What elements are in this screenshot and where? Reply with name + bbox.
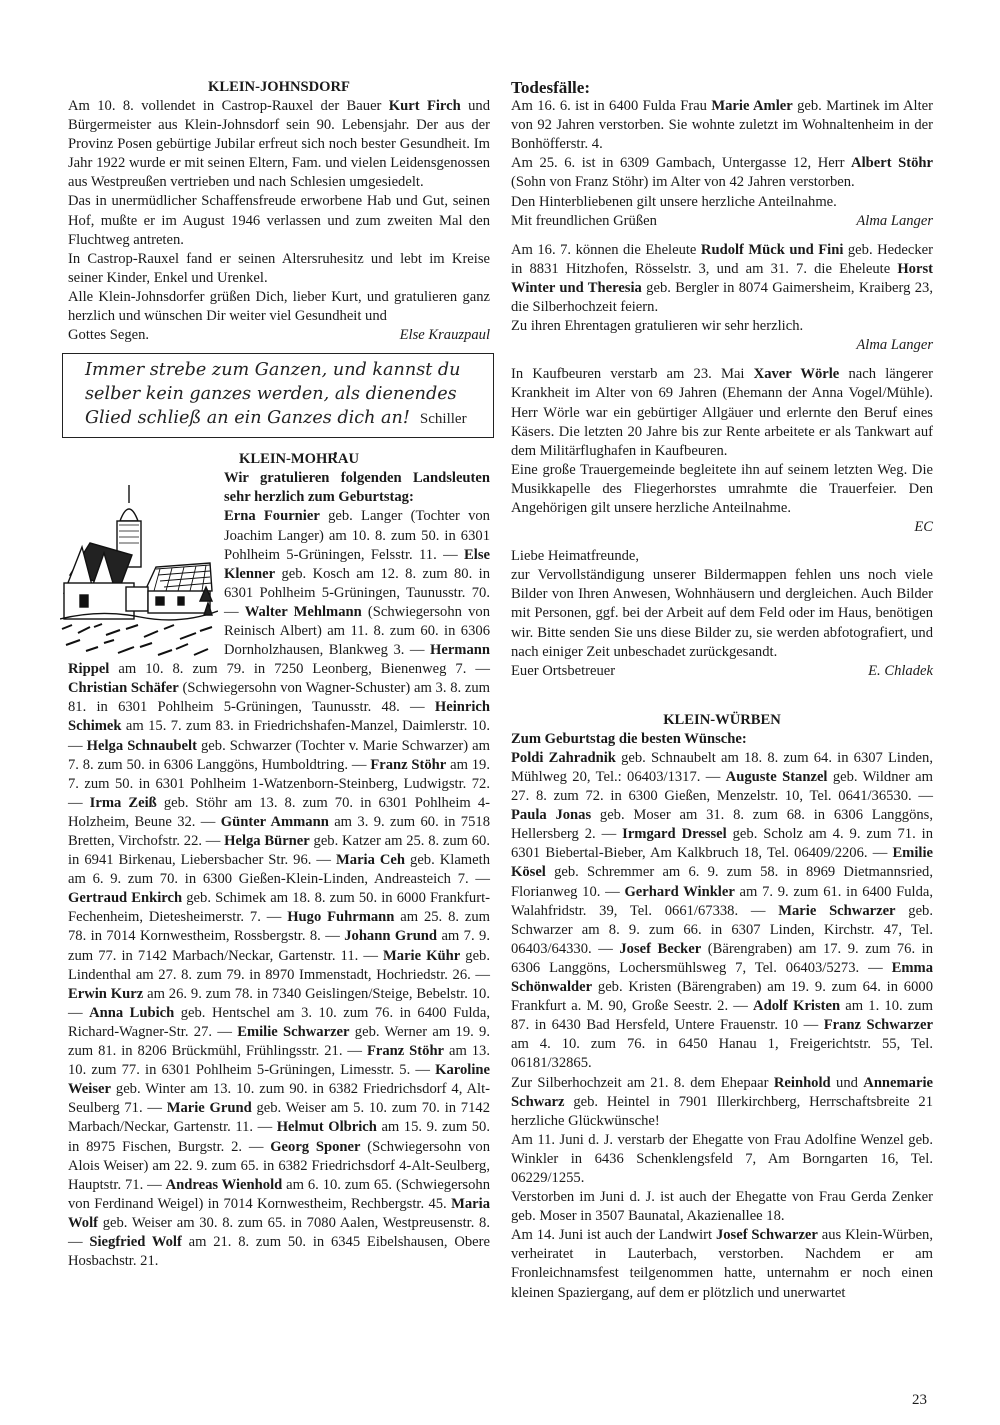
name-highlight: Josef Becker <box>619 941 701 957</box>
name-highlight: Helga Schnaubelt <box>87 738 197 754</box>
paragraph: Alle Klein-Johnsdorfer grüßen Dich, lieb… <box>68 288 490 326</box>
paragraph: Zu ihren Ehrentagen gratulieren wir sehr… <box>511 317 933 336</box>
paragraph: Verstorben im Juni d. J. ist auch der Eh… <box>511 1188 933 1226</box>
name-highlight: Irmgard Dressel <box>622 826 727 842</box>
paragraph: zur Vervollständigung unserer Bildermapp… <box>511 566 933 661</box>
quote-line: Glied schließ an ein Ganzes dich an! <box>85 408 410 428</box>
name-highlight: Irma Zeiß <box>90 795 157 811</box>
paragraph: Das in unermüdlicher Schaffensfreude erw… <box>68 192 490 249</box>
article-body: zur Vervollständigung unserer Bildermapp… <box>511 566 933 661</box>
signature-line: Mit freundlichen Grüßen Alma Langer <box>511 212 933 231</box>
spacer <box>511 681 933 711</box>
section-klein-johnsdorf: KLEIN-JOHNSDORF Am 10. 8. vollendet in C… <box>68 78 490 345</box>
text-run: geb. Heintel in 7901 Illerkirchberg, Her… <box>511 1094 933 1129</box>
name-highlight: Josef Schwarzer <box>716 1227 818 1243</box>
paragraph: Den Hinterbliebenen gilt unsere herzlich… <box>511 193 933 212</box>
name-highlight: Georg Sponer <box>270 1139 360 1155</box>
schiller-quote-box: Immer strebe zum Ganzen, und kannst du s… <box>62 353 494 438</box>
name-highlight: Kurt Firch <box>389 98 461 114</box>
name-highlight: Auguste Stanzel <box>726 769 828 785</box>
text-run: In Kaufbeuren verstarb am 23. Mai <box>511 366 754 382</box>
closing-text: Euer Ortsbetreuer <box>511 662 615 681</box>
name-highlight: Franz Stöhr <box>367 1043 444 1059</box>
name-highlight: Emilie Schwarzer <box>237 1024 349 1040</box>
name-highlight: Poldi Zahradnik <box>511 750 616 766</box>
right-column: Todesfälle: Am 16. 6. ist in 6400 Fulda … <box>511 78 933 1303</box>
section-heading: KLEIN-JOHNSDORF <box>68 78 490 97</box>
section-klein-mohrau: KLEIN-MOHRAU <box>68 450 490 1271</box>
paragraph: Am 10. 8. vollendet in Castrop-Rauxel de… <box>68 97 490 192</box>
quote-line: Immer strebe zum Ganzen, und kannst du <box>85 358 485 382</box>
text-run: In Castrop-Rauxel fand er seinen Altersr… <box>68 251 490 286</box>
text-run: (Sohn von Franz Stöhr) im Alter von 42 J… <box>511 174 855 190</box>
article-body: Am 16. 6. ist in 6400 Fulda Frau Marie A… <box>511 97 933 212</box>
text-run: am 4. 10. zum 76. in 6450 Hanau 1, Freig… <box>511 1036 933 1071</box>
name-highlight: Helga Bürner <box>224 833 310 849</box>
author-signature: Alma Langer <box>856 212 933 231</box>
name-highlight: Christian Schäfer <box>68 680 179 696</box>
page-number: 23 <box>912 1392 927 1409</box>
text-run: Verstorben im Juni d. J. ist auch der Eh… <box>511 1189 933 1224</box>
paragraph: Poldi Zahradnik geb. Schnaubelt am 18. 8… <box>511 749 933 1074</box>
name-highlight: Rudolf Mück und Fini <box>701 242 843 258</box>
name-highlight: Günter Ammann <box>221 814 329 830</box>
article-body: Am 10. 8. vollendet in Castrop-Rauxel de… <box>68 97 490 326</box>
article-body: In Kaufbeuren verstarb am 23. Mai Xaver … <box>511 365 933 518</box>
section-subheading: Zum Geburtstag die besten Wünsche: <box>511 730 933 749</box>
name-highlight: Xaver Wörle <box>754 366 840 382</box>
author-signature: Else Krauzpaul <box>400 326 490 345</box>
section-heading: KLEIN-WÜRBEN <box>511 711 933 730</box>
paragraph: In Castrop-Rauxel fand er seinen Altersr… <box>68 250 490 288</box>
name-highlight: Helmut Olbrich <box>277 1119 377 1135</box>
quote-line: selber kein ganzes werden, als dienendes <box>85 382 485 406</box>
name-highlight: Gerhard Winkler <box>624 884 734 900</box>
greeting: Liebe Heimatfreunde, <box>511 547 933 566</box>
section-heading: Todesfälle: <box>511 78 933 97</box>
name-highlight: Marie Kühr <box>383 948 460 964</box>
paragraph: Zur Silberhochzeit am 21. 8. dem Ehepaar… <box>511 1074 933 1131</box>
text-run: Am 10. 8. vollendet in Castrop-Rauxel de… <box>68 98 389 114</box>
name-highlight: Gertraud Enkirch <box>68 890 182 906</box>
name-highlight: Erna Fournier <box>224 508 320 524</box>
paragraph: In Kaufbeuren verstarb am 23. Mai Xaver … <box>511 365 933 460</box>
text-run: Den Hinterbliebenen gilt unsere herzlich… <box>511 194 837 210</box>
text-run: Das in unermüdlicher Schaffensfreude erw… <box>68 193 490 247</box>
name-highlight: Erwin Kurz <box>68 986 143 1002</box>
article-body: Am 16. 7. können die Eheleute Rudolf Müc… <box>511 241 933 336</box>
author-signature: EC <box>511 518 933 537</box>
name-highlight: Adolf Kristen <box>753 998 840 1014</box>
text-run: Am 14. Juni ist auch der Landwirt <box>511 1227 716 1243</box>
text-run: Am 16. 7. können die Eheleute <box>511 242 701 258</box>
spacer <box>511 537 933 547</box>
name-highlight: Maria Ceh <box>336 852 405 868</box>
quote-author: Schiller <box>420 411 467 427</box>
signature-line: Euer Ortsbetreuer E. Chladek <box>511 662 933 681</box>
signature-line: Gottes Segen. Else Krauzpaul <box>68 326 490 345</box>
paragraph: Am 16. 7. können die Eheleute Rudolf Müc… <box>511 241 933 317</box>
name-highlight: Marie Grund <box>167 1100 252 1116</box>
name-highlight: Hugo Fuhrmann <box>287 909 394 925</box>
name-highlight: Andreas Wienhold <box>166 1177 283 1193</box>
name-highlight: Reinhold <box>774 1075 831 1091</box>
paragraph: Am 16. 6. ist in 6400 Fulda Frau Marie A… <box>511 97 933 154</box>
name-highlight: Albert Stöhr <box>851 155 933 171</box>
text-run: Eine große Trauergemeinde begleitete ihn… <box>511 462 933 516</box>
paragraph: Am 11. Juni d. J. verstarb der Ehegatte … <box>511 1131 933 1188</box>
section-heading: KLEIN-MOHRAU <box>68 450 490 469</box>
left-column: KLEIN-JOHNSDORF Am 10. 8. vollendet in C… <box>68 78 490 1271</box>
section-obituary-woerle: In Kaufbeuren verstarb am 23. Mai Xaver … <box>511 365 933 537</box>
paragraph: Eine große Trauergemeinde begleitete ihn… <box>511 461 933 518</box>
section-silver-wedding: Am 16. 7. können die Eheleute Rudolf Müc… <box>511 241 933 356</box>
section-todesfaelle: Todesfälle: Am 16. 6. ist in 6400 Fulda … <box>511 78 933 231</box>
name-highlight: Franz Schwarzer <box>824 1017 933 1033</box>
closing-text: Gottes Segen. <box>68 326 149 345</box>
text-run: Am 16. 6. ist in 6400 Fulda Frau <box>511 98 711 114</box>
name-highlight: Johann Grund <box>344 928 437 944</box>
church-village-illustration <box>60 483 218 659</box>
text-run: Am 25. 6. ist in 6309 Gambach, Untergass… <box>511 155 851 171</box>
spacer <box>511 231 933 241</box>
quote-last-line: Glied schließ an ein Ganzes dich an!Schi… <box>85 406 485 431</box>
text-run: und <box>831 1075 864 1091</box>
section-photo-appeal: Liebe Heimatfreunde, zur Vervollständigu… <box>511 547 933 681</box>
text-run: Am 11. Juni d. J. verstarb der Ehegatte … <box>511 1132 933 1186</box>
name-highlight: Anna Lubich <box>89 1005 174 1021</box>
paragraph: Am 14. Juni ist auch der Landwirt Josef … <box>511 1226 933 1302</box>
text-run: am 10. 8. zum 79. in 7250 Leonberg, Bien… <box>109 661 490 677</box>
author-signature: E. Chladek <box>868 662 933 681</box>
text-run: Zur Silberhochzeit am 21. 8. dem Ehepaar <box>511 1075 774 1091</box>
church-sketch-icon <box>60 483 218 659</box>
author-signature: Alma Langer <box>511 336 933 355</box>
name-highlight: Marie Schwarzer <box>778 903 895 919</box>
text-run: zur Vervollständigung unserer Bildermapp… <box>511 567 933 659</box>
spacer <box>511 355 933 365</box>
name-highlight: Marie Amler <box>711 98 792 114</box>
name-highlight: Walter Mehlmann <box>245 604 362 620</box>
closing-text: Mit freundlichen Grüßen <box>511 212 657 231</box>
name-highlight: Paula Jonas <box>511 807 591 823</box>
section-klein-wuerben: KLEIN-WÜRBEN Zum Geburtstag die besten W… <box>511 711 933 1303</box>
text-run: Zu ihren Ehrentagen gratulieren wir sehr… <box>511 318 803 334</box>
name-highlight: Siegfried Wolf <box>89 1234 181 1250</box>
paragraph: Am 25. 6. ist in 6309 Gambach, Untergass… <box>511 154 933 192</box>
name-highlight: Franz Stöhr <box>370 757 446 773</box>
article-body: Poldi Zahradnik geb. Schnaubelt am 18. 8… <box>511 749 933 1303</box>
text-run: Alle Klein-Johnsdorfer grüßen Dich, lieb… <box>68 289 490 324</box>
